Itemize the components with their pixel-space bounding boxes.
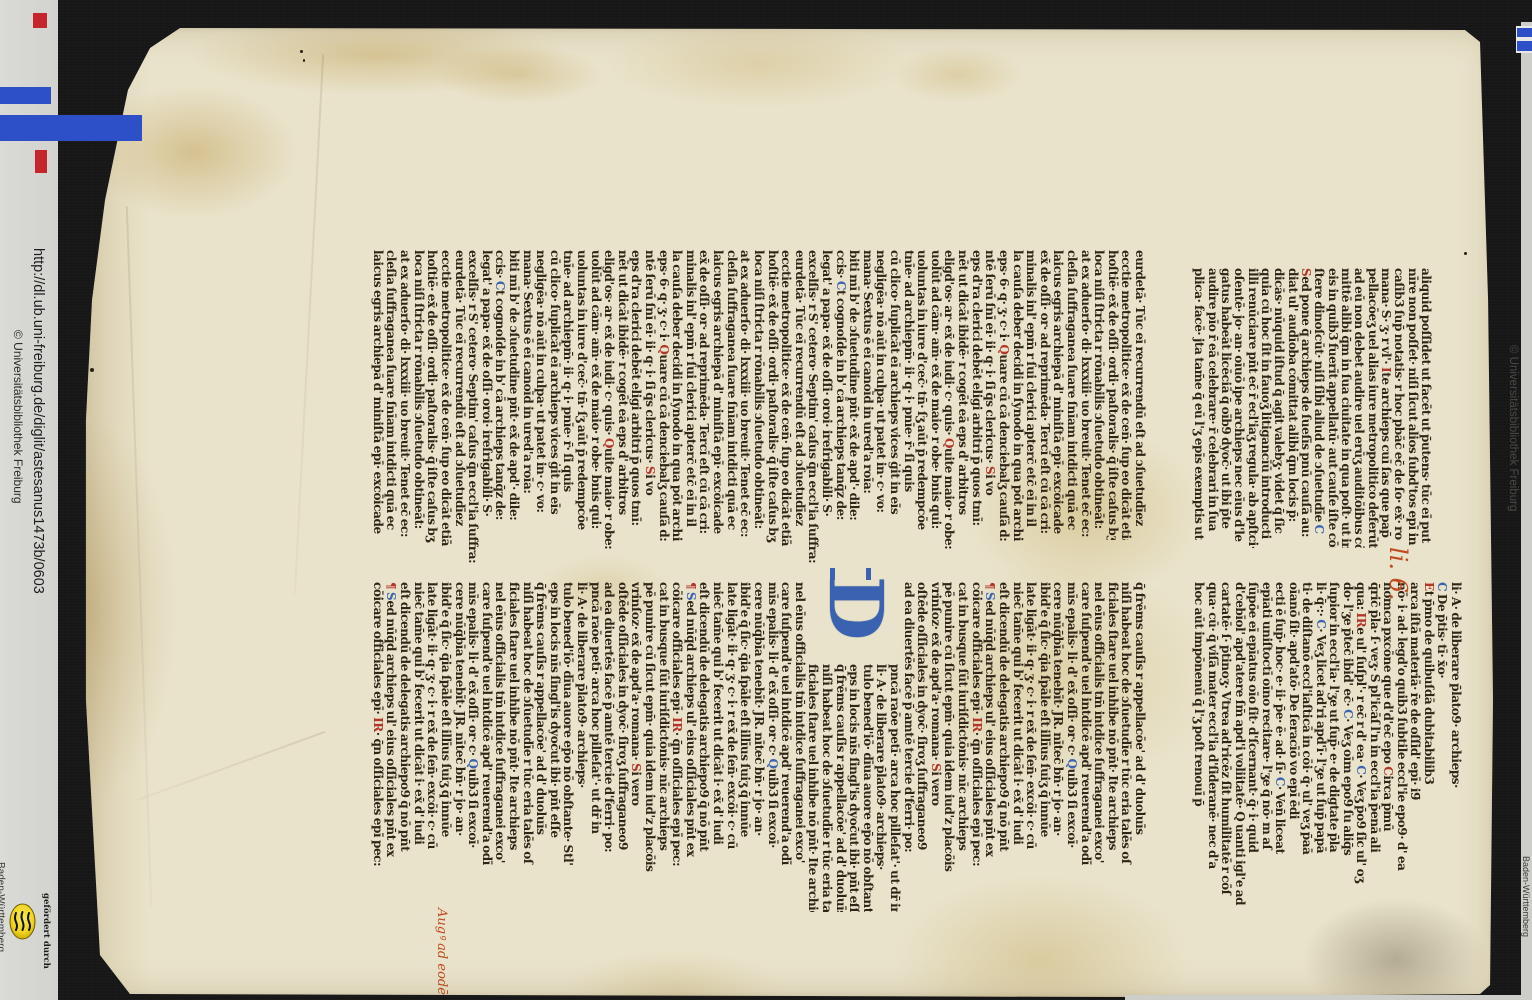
text-block-a: eurdetā· Tūc eī recurrendū eſt ad ɔſuetu…	[370, 250, 1146, 568]
marginal-annotation: Augꝰ ad eodē	[436, 908, 452, 1000]
strip-right-label: Baden-Württemberg	[1521, 856, 1531, 994]
registration-blue-bar	[1517, 41, 1532, 51]
initial-letter: D	[818, 576, 892, 640]
registration-blue-bar	[0, 87, 51, 104]
ink-speck	[1464, 252, 1467, 255]
crease-line	[137, 731, 326, 801]
registration-blue-bar	[1517, 28, 1532, 37]
crease-line	[294, 54, 324, 593]
registration-blue-bar-long	[0, 115, 142, 141]
funder-logo	[9, 903, 36, 940]
copyright-text: © Universitätsbibliothek Freiburg	[9, 330, 25, 665]
ink-speck	[303, 59, 305, 62]
bottom-edge-strip	[1125, 995, 1532, 1000]
foliation-note: li. 6.	[1382, 547, 1412, 619]
initial-stem	[830, 568, 835, 580]
text-block-c: q̄ frēms cauſis r appellacōe' ad d' duol…	[370, 582, 1146, 912]
text-block-d: li· A· de liberare p̄lato9· archieps·C D…	[1192, 582, 1462, 915]
ink-speck	[90, 368, 94, 372]
registration-mark-top-right	[1516, 26, 1532, 53]
text-block-b: aliquid poſſidet ut facēt ut p̄utens· tū…	[1192, 268, 1432, 548]
digitized-manuscript-scan: eurdetā· Tūc eī recurrendū eſt ad ɔſuetu…	[0, 0, 1532, 1000]
funding-note-text: gefördert durch	[41, 893, 51, 953]
registration-red-square	[35, 150, 47, 173]
funder-name-clipped: Baden-Württemberg	[0, 862, 6, 992]
initial-stem	[866, 568, 871, 580]
watermark-text: © Universitätsbibliothek Freiburg	[1505, 345, 1519, 650]
crease-line	[126, 206, 152, 906]
registration-red-square	[33, 13, 47, 28]
source-url-text: http://dl.ub.uni-freiburg.de/diglit/aste…	[26, 248, 46, 710]
reference-strip-right	[1521, 22, 1532, 1000]
illuminated-initial: D	[812, 572, 896, 660]
manuscript-page: eurdetā· Tūc eī recurrendū eſt ad ɔſuetu…	[80, 26, 1495, 998]
reference-strip-left: http://dl.ub.uni-freiburg.de/diglit/aste…	[0, 0, 58, 1000]
ink-speck	[300, 50, 303, 53]
